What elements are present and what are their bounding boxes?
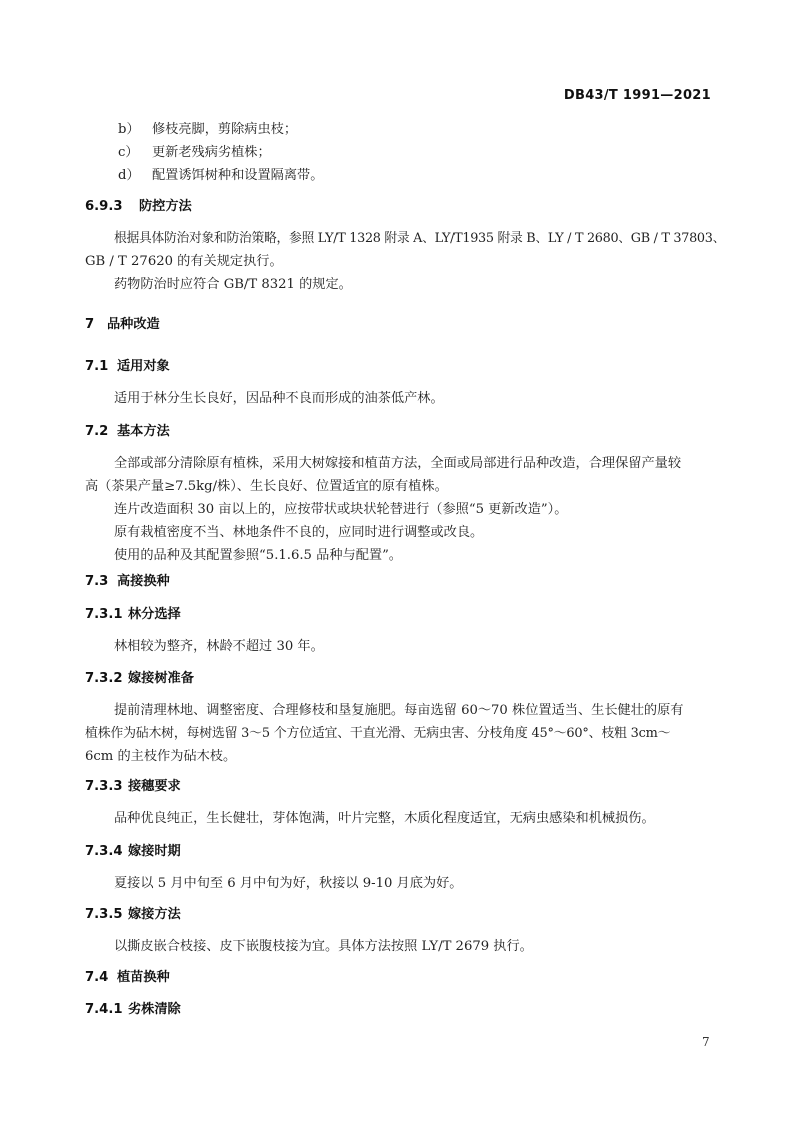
list-item: b）修枝亮脚，剪除病虫枝； (118, 118, 297, 137)
paragraph: 连片改造面积 30 亩以上的，应按带状或块状轮替进行（参照“5 更新改造”）。 (114, 498, 567, 517)
heading-7-4: 7.4植苗换种 (85, 966, 170, 985)
paragraph: 提前清理林地、调整密度、合理修枝和垦复施肥。每亩选留 60～70 株位置适当、生… (114, 699, 683, 718)
list-marker: c） (118, 141, 152, 160)
list-item: c）更新老残病劣植株； (118, 141, 271, 160)
paragraph: 原有栽植密度不当、林地条件不良的，应同时进行调整或改良。 (114, 521, 483, 540)
heading-7-3-3: 7.3.3接穗要求 (85, 775, 181, 794)
heading-7-3-5: 7.3.5嫁接方法 (85, 903, 181, 922)
heading-7-3-2: 7.3.2嫁接树准备 (85, 667, 194, 686)
paragraph: 使用的品种及其配置参照“5.1.6.5 品种与配置”。 (114, 544, 402, 563)
paragraph: 药物防治时应符合 GB/T 8321 的规定。 (114, 273, 352, 292)
heading-7-3: 7.3高接换种 (85, 570, 170, 589)
paragraph-continued: GB / T 27620 的有关规定执行。 (85, 250, 283, 269)
list-text: 配置诱饵树种和设置隔离带。 (152, 168, 323, 183)
heading-7-3-4: 7.3.4嫁接时期 (85, 840, 181, 859)
list-text: 修枝亮脚，剪除病虫枝； (152, 122, 297, 137)
heading-7-2: 7.2基本方法 (85, 420, 170, 439)
paragraph-continued: 高（茶果产量≥7.5kg/株）、生长良好、位置适宜的原有植株。 (85, 475, 448, 494)
list-marker: d） (118, 164, 152, 183)
list-text: 更新老残病劣植株； (152, 145, 271, 160)
page-number: 7 (702, 1035, 710, 1049)
paragraph-continued: 6cm 的主枝作为砧木枝。 (85, 745, 236, 764)
paragraph: 品种优良纯正，生长健壮，芽体饱满，叶片完整，木质化程度适宜，无病虫感染和机械损伤… (114, 807, 655, 826)
heading-7-4-1: 7.4.1劣株清除 (85, 998, 181, 1017)
paragraph: 林相较为整齐，林龄不超过 30 年。 (114, 635, 324, 654)
list-item: d）配置诱饵树种和设置隔离带。 (118, 164, 323, 183)
heading-6-9-3: 6.9.3防控方法 (85, 195, 192, 214)
paragraph: 适用于林分生长良好，因品种不良而形成的油茶低产林。 (114, 387, 444, 406)
paragraph: 夏接以 5 月中旬至 6 月中旬为好，秋接以 9-10 月底为好。 (114, 872, 463, 891)
paragraph: 以撕皮嵌合枝接、皮下嵌腹枝接为宜。具体方法按照 LY/T 2679 执行。 (114, 935, 533, 954)
heading-7-1: 7.1适用对象 (85, 355, 170, 374)
heading-7: 7品种改造 (85, 313, 160, 332)
document-page: DB43/T 1991—2021 b）修枝亮脚，剪除病虫枝； c）更新老残病劣植… (0, 0, 793, 1122)
heading-7-3-1: 7.3.1林分选择 (85, 603, 181, 622)
paragraph-continued: 植株作为砧木树，每树选留 3～5 个方位适宜、干直光滑、无病虫害、分枝角度 45… (85, 722, 670, 741)
paragraph: 全部或部分清除原有植株，采用大树嫁接和植苗方法，全面或局部进行品种改造，合理保留… (114, 452, 681, 471)
list-marker: b） (118, 118, 152, 137)
standard-id: DB43/T 1991—2021 (564, 88, 711, 103)
paragraph: 根据具体防治对象和防治策略，参照 LY/T 1328 附录 A、LY/T1935… (114, 227, 725, 246)
